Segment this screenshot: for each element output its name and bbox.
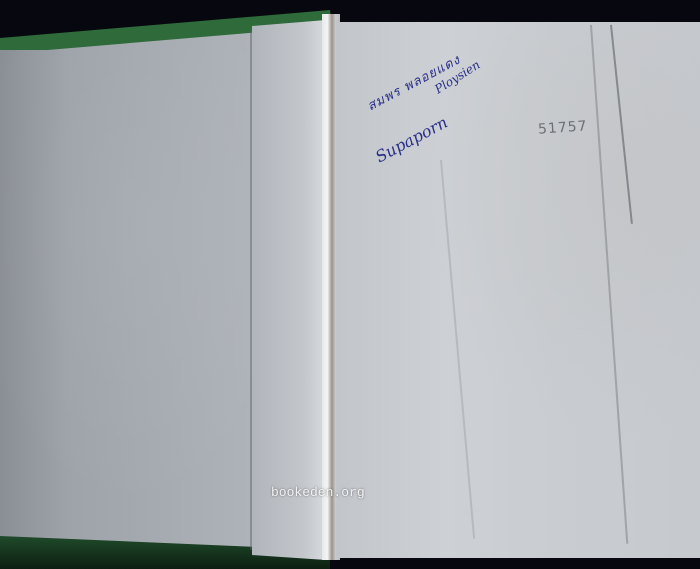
left-page-fold-line xyxy=(250,30,252,550)
watermark-text: bookeden.org xyxy=(271,485,365,500)
photo-background: สมพร พลอยแดง Ploysien Supaporn 51757 boo… xyxy=(0,0,700,569)
pencil-inventory-number: 51757 xyxy=(538,118,589,137)
left-page-flap xyxy=(252,20,326,560)
